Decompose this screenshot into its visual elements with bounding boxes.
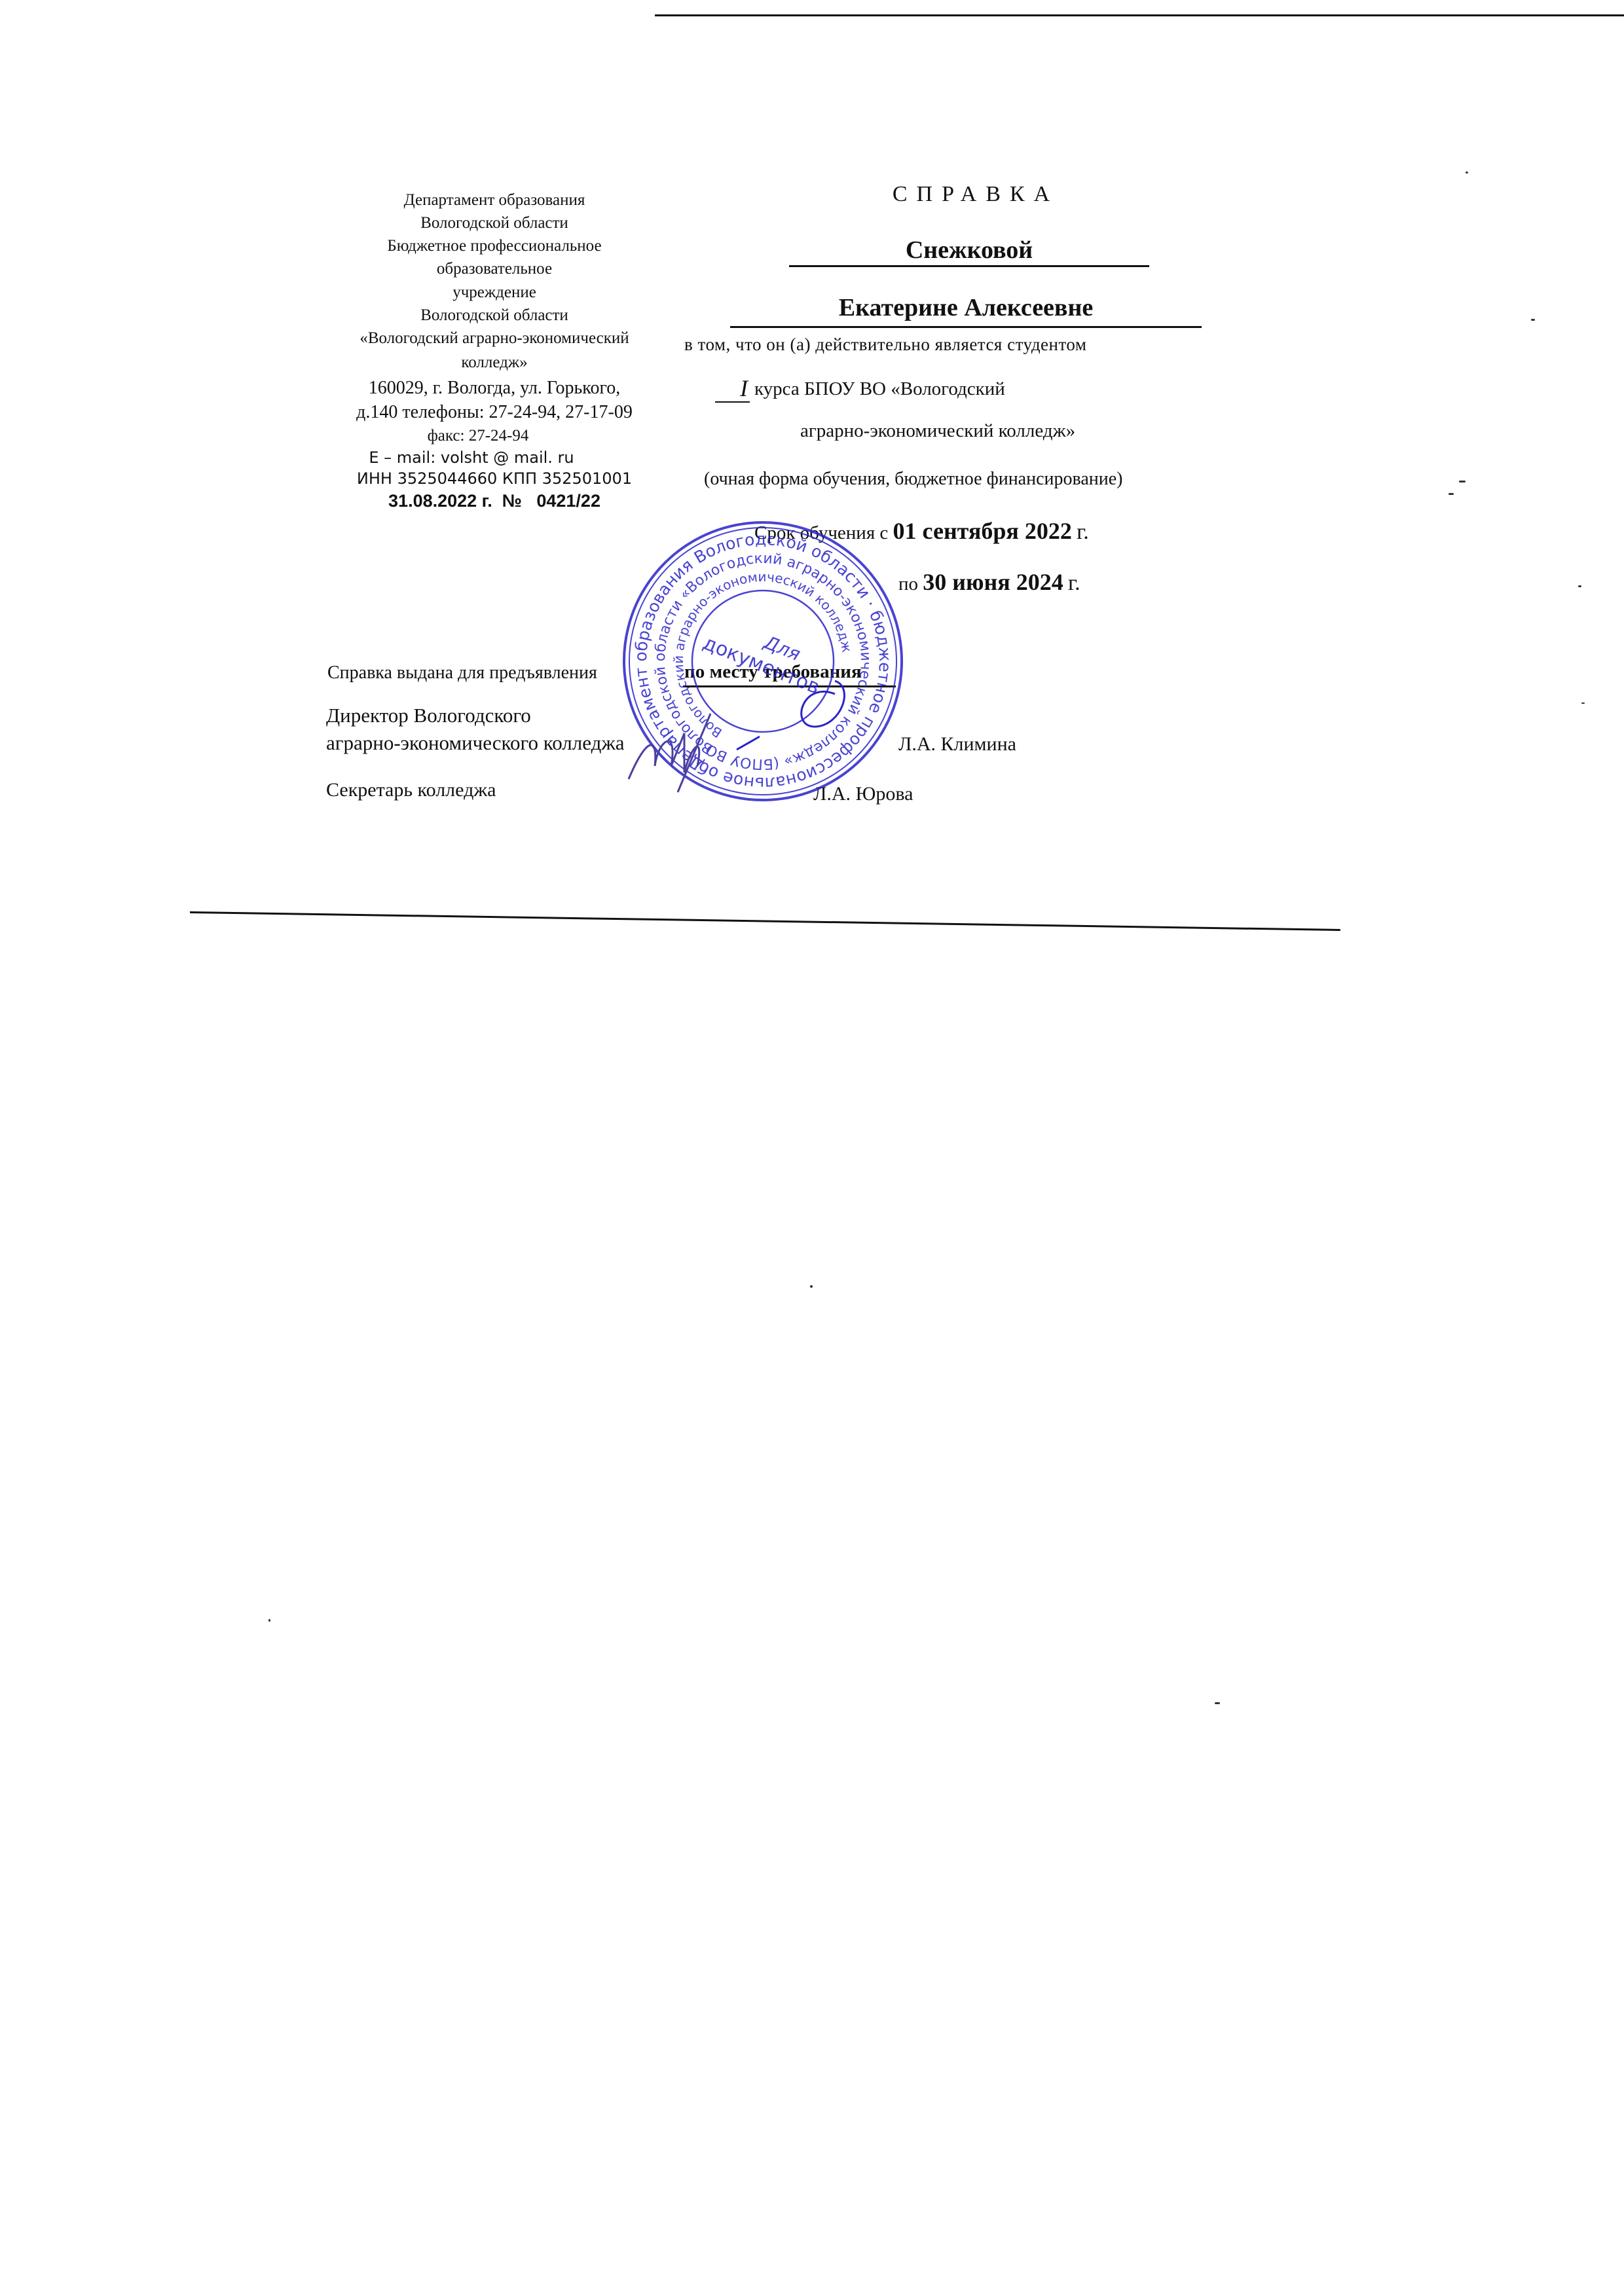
org-line: колледж»: [331, 354, 658, 372]
period-start-date: 01 сентября 2022: [893, 518, 1072, 544]
study-form: (очная форма обучения, бюджетное финанси…: [704, 469, 1123, 490]
org-email: E – mail: volsht @ mail. ru: [308, 448, 635, 467]
surname-underline: [789, 265, 1149, 267]
student-surname: Снежковой: [789, 236, 1149, 264]
scan-bottom-rule: [190, 911, 1340, 931]
course-text: курса БПОУ ВО «Вологодский: [754, 378, 1005, 400]
scan-speck: [810, 1285, 813, 1288]
doc-number: 0421/22: [536, 491, 600, 511]
study-period-end: по 30 июня 2024 г.: [898, 568, 1080, 596]
scan-speck: [268, 1619, 270, 1622]
scan-speck: [1578, 585, 1581, 587]
org-line: учреждение: [331, 283, 658, 302]
scan-speck: [1581, 702, 1585, 704]
org-line: образовательное: [331, 260, 658, 278]
doc-date: 31.08.2022 г.: [388, 491, 492, 511]
institution-line2: аграрно-экономический колледж»: [800, 420, 1075, 442]
org-line: «Вологодский аграрно-экономический: [331, 329, 658, 348]
org-inn-kpp: ИНН 3525044660 КПП 352501001: [331, 469, 658, 488]
director-title-line1: Директор Вологодского: [326, 704, 531, 727]
scan-speck: [1215, 1702, 1220, 1704]
org-line: Департамент образования: [331, 191, 658, 210]
official-seal-stamp: Департамент образования Вологодской обла…: [619, 517, 907, 805]
certificate-title: СПРАВКА: [747, 182, 1205, 207]
scan-top-rule: [655, 14, 1624, 16]
org-line: Бюджетное профессиональное: [331, 237, 658, 255]
period-start-suffix: г.: [1077, 520, 1089, 544]
org-line: Вологодской области: [331, 306, 658, 325]
period-end-suffix: г.: [1068, 571, 1080, 595]
scan-speck: [1531, 319, 1535, 321]
org-fax: факс: 27-24-94: [314, 427, 642, 445]
org-line: Вологодской области: [331, 214, 658, 232]
scan-speck: [1459, 481, 1466, 483]
scan-speck: [1449, 493, 1454, 495]
doc-date-number: 31.08.2022 г. № 0421/22: [331, 491, 658, 511]
secretary-title: Секретарь колледжа: [326, 779, 496, 801]
course-number: I: [740, 374, 748, 402]
org-address: 160029, г. Вологда, ул. Горького,: [331, 378, 658, 399]
scan-speck: [1466, 172, 1468, 173]
director-name: Л.А. Климина: [898, 733, 1016, 756]
director-title-line2: аграрно-экономического колледжа: [326, 731, 625, 755]
student-given-names: Екатерине Алексеевне: [730, 293, 1202, 322]
period-end-date: 30 июня 2024: [923, 569, 1063, 595]
issued-for-label: Справка выдана для предъявления: [327, 663, 597, 683]
certificate-statement: в том, что он (а) действительно является…: [684, 335, 1087, 355]
number-sign: №: [502, 491, 522, 511]
course-number-underline: [715, 401, 750, 403]
org-phones: д.140 телефоны: 27-24-94, 27-17-09: [331, 402, 658, 423]
given-names-underline: [730, 326, 1202, 328]
seal-center-line2: документов: [699, 631, 823, 699]
